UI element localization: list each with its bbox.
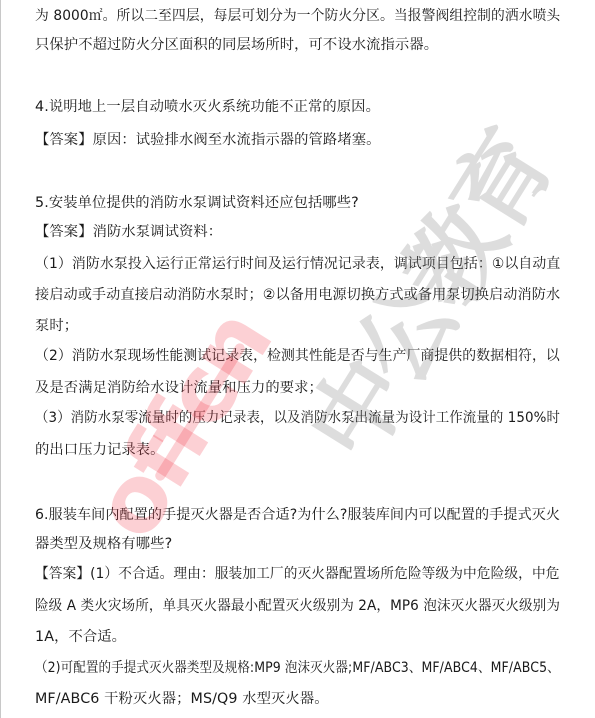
answer-5-item-3: （3）消防水泵零流量时的压力记录表，以及消防水泵出流量为设计工作流量的 150%… [35,409,560,427]
text-line: 为 8000㎡。所以二至四层，每层可划分为一个防火分区。当报警阀组控制的洒水喷头 [35,7,560,25]
text-line: 只保护不超过防火分区面积的同层场所时，可不设水流指示器。 [35,36,438,54]
text-line: MF/ABC6 干粉灭火器；MS/Q9 水型灭火器。 [35,690,329,708]
answer-4: 【答案】原因：试验排水阀至水流指示器的管路堵塞。 [35,131,381,149]
text-line: 的出口压力记录表。 [35,441,165,459]
answer-6-item-2: （2)可配置的手提式灭火器类型及规格:MP9 泡沫灭火器;MF/ABC3、MF/… [35,659,560,677]
answer-5-item-1: （1）消防水泵投入运行正常运行时间及运行情况记录表，调试项目包括：①以自动直 [35,255,560,273]
text-line: 接启动或手动直接启动消防水泵时；②以备用电源切换方式或备用泵切换启动消防水 [35,286,560,304]
question-5: 5.安装单位提供的消防水泵调试资料还应包括哪些? [35,194,359,212]
document-body: 为 8000㎡。所以二至四层，每层可划分为一个防火分区。当报警阀组控制的洒水喷头… [0,0,595,718]
question-6: 6.服装车间内配置的手提灭火器是否合适?为什么?服装库间内可以配置的手提式灭火 [35,506,560,524]
text-line: 1A，不合适。 [35,628,126,646]
text-line: 器类型及规格有哪些? [35,535,172,553]
answer-5-item-2: （2）消防水泵现场性能测试记录表，检测其性能是否与生产厂商提供的数据相符，以 [35,347,560,365]
text-line: 泵时； [35,317,78,335]
text-line: 险级 A 类火灾场所，单具灭火器最小配置灭火级别为 2A，MP6 泡沫灭火器灭火… [35,597,560,615]
question-4: 4.说明地上一层自动喷水灭火系统功能不正常的原因。 [35,98,380,116]
answer-5-heading: 【答案】消防水泵调试资料： [35,223,222,241]
answer-6-item-1: 【答案】(1）不合适。理由：服装加工厂的灭火器配置场所危险等级为中危险级，中危 [35,565,560,583]
text-line: 及是否满足消防给水设计流量和压力的要求； [35,379,323,397]
